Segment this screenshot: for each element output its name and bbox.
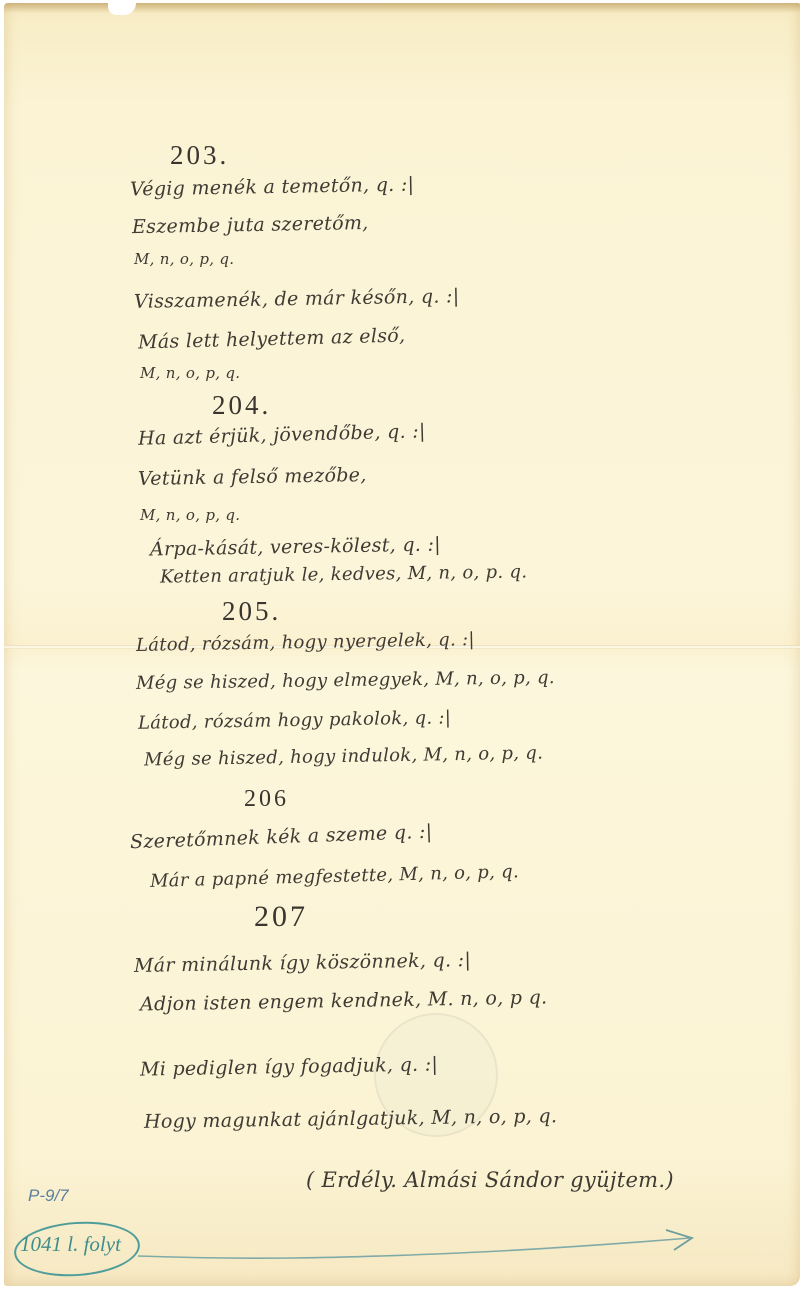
song-204-line-2: Vetünk a felső mezőbe, — [138, 464, 367, 490]
song-204-refrain: M, n, o, p, q. — [140, 506, 240, 524]
song-number-207: 207 — [254, 900, 308, 934]
song-203-refrain: M, n, o, p, q. — [134, 250, 234, 268]
song-number-206: 206 — [244, 786, 289, 813]
song-203b-refrain: M, n, o, p, q. — [140, 364, 240, 382]
attribution-note: ( Erdély. Almási Sándor gyüjtem.) — [306, 1168, 674, 1192]
song-203-line-2: Eszembe juta szeretőm, — [132, 212, 369, 238]
song-number-205: 205. — [222, 596, 281, 627]
song-number-203: 203. — [170, 140, 229, 171]
page-tear — [108, 3, 136, 15]
continuation-arrow-icon — [136, 1222, 696, 1262]
archive-number: 1041 l. folyt — [20, 1232, 121, 1257]
pencil-reference: P-9/7 — [28, 1186, 69, 1206]
song-number-204: 204. — [212, 390, 271, 421]
